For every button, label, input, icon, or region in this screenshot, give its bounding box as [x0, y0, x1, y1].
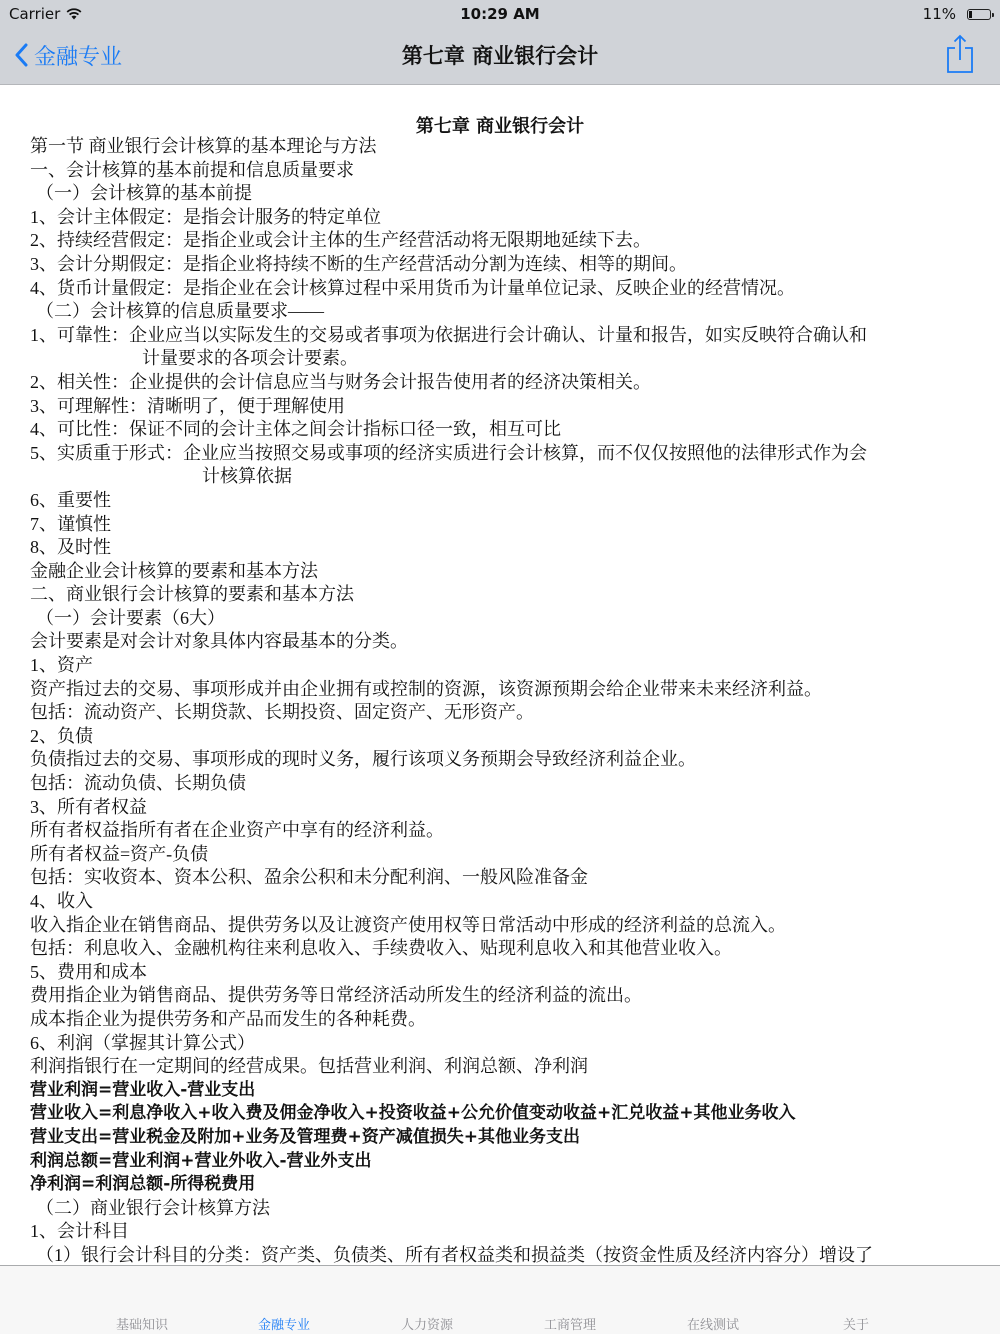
document-line: 营业收入=利息净收入+收入费及佣金净收入+投资收益+公允价值变动收益+汇兑收益+…	[30, 1102, 975, 1126]
document-line: 资产指过去的交易、事项形成并由企业拥有或控制的资源，该资源预期会给企业带来未来经…	[30, 678, 975, 702]
tab-finance[interactable]: 金融专业	[214, 1314, 354, 1333]
status-bar: Carrier 10:29 AM 11%	[0, 0, 1000, 28]
document-line: 1、会计科目	[30, 1220, 975, 1244]
document-line: 2、持续经营假定：是指企业或会计主体的生产经营活动将无限期地延续下去。	[30, 229, 975, 253]
document-line: 包括：实收资本、资本公积、盈余公积和未分配利润、一般风险准备金	[30, 866, 975, 890]
tab-business-management[interactable]: 工商管理	[500, 1314, 640, 1333]
document-line: 费用指企业为销售商品、提供劳务等日常经济活动所发生的经济利益的流出。	[30, 984, 975, 1008]
document-line: 3、可理解性：清晰明了，便于理解使用	[30, 395, 975, 419]
document-line: 6、重要性	[30, 489, 975, 513]
navigation-bar: 金融专业 第七章 商业银行会计	[0, 28, 1000, 84]
tab-online-test[interactable]: 在线测试	[643, 1314, 783, 1333]
document-line: 1、可靠性：企业应当以实际发生的交易或者事项为依据进行会计确认、计量和报告，如实…	[30, 324, 975, 348]
document-line: 1、会计主体假定：是指会计服务的特定单位	[30, 206, 975, 230]
document-line: 所有者权益=资产-负债	[30, 843, 975, 867]
document-line: 8、及时性	[30, 536, 975, 560]
clock: 10:29 AM	[0, 5, 1000, 23]
document-line: 7、谨慎性	[30, 513, 975, 537]
back-button[interactable]: 金融专业	[14, 38, 122, 72]
document-line: 一、会计核算的基本前提和信息质量要求	[30, 159, 975, 183]
tab-basic-knowledge[interactable]: 基础知识	[72, 1314, 212, 1333]
tab-bar: 基础知识金融专业人力资源工商管理在线测试关于	[0, 1265, 1000, 1334]
document-line: 第一节 商业银行会计核算的基本理论与方法	[30, 135, 975, 159]
battery-icon	[967, 9, 991, 20]
document-line: （1）银行会计科目的分类：资产类、负债类、所有者权益类和损益类（按资金性质及经济…	[30, 1244, 975, 1265]
document-line: （一）会计要素（6大）	[30, 607, 975, 631]
page-title: 第七章 商业银行会计	[0, 40, 1000, 70]
tab-about[interactable]: 关于	[786, 1314, 926, 1333]
document-line: 6、利润（掌握其计算公式）	[30, 1032, 975, 1056]
document-line: （二）会计核算的信息质量要求——	[30, 300, 975, 324]
back-label: 金融专业	[34, 40, 122, 71]
document-line: 2、负债	[30, 725, 975, 749]
document-line: 1、资产	[30, 654, 975, 678]
document-line: 3、会计分期假定：是指企业将持续不断的生产经营活动分割为连续、相等的期间。	[30, 253, 975, 277]
document-viewer[interactable]: 第七章 商业银行会计 第一节 商业银行会计核算的基本理论与方法一、会计核算的基本…	[0, 85, 1000, 1265]
share-button[interactable]	[944, 34, 976, 74]
chevron-left-icon	[14, 43, 28, 67]
document-line: 包括：流动资产、长期贷款、长期投资、固定资产、无形资产。	[30, 701, 975, 725]
battery-percent: 11%	[923, 5, 956, 23]
document-line: 包括：利息收入、金融机构往来利息收入、手续费收入、贴现利息收入和其他营业收入。	[30, 937, 975, 961]
document-line: 收入指企业在销售商品、提供劳务以及让渡资产使用权等日常活动中形成的经济利益的总流…	[30, 914, 975, 938]
document-line: 成本指企业为提供劳务和产品而发生的各种耗费。	[30, 1008, 975, 1032]
document-line: 利润总额=营业利润+营业外收入-营业外支出	[30, 1150, 975, 1174]
document-line: 二、商业银行会计核算的要素和基本方法	[30, 583, 975, 607]
document-line: 2、相关性：企业提供的会计信息应当与财务会计报告使用者的经济决策相关。	[30, 371, 975, 395]
document-line: 利润指银行在一定期间的经营成果。包括营业利润、利润总额、净利润	[30, 1055, 975, 1079]
document-line: 金融企业会计核算的要素和基本方法	[30, 560, 975, 584]
document-line: （二）商业银行会计核算方法	[30, 1197, 975, 1221]
top-bar: Carrier 10:29 AM 11% 金融专业 第七章 商业银行会计	[0, 0, 1000, 85]
document-line: 5、费用和成本	[30, 961, 975, 985]
document-line: 计核算依据	[30, 465, 975, 489]
document-line: 4、可比性：保证不同的会计主体之间会计指标口径一致，相互可比	[30, 418, 975, 442]
document-line: 所有者权益指所有者在企业资产中享有的经济利益。	[30, 819, 975, 843]
document-line: 4、收入	[30, 890, 975, 914]
document-line: 4、货币计量假定：是指企业在会计核算过程中采用货币为计量单位记录、反映企业的经营…	[30, 277, 975, 301]
document-line: 计量要求的各项会计要素。	[30, 347, 975, 371]
document-line: 3、所有者权益	[30, 796, 975, 820]
document-line: 会计要素是对会计对象具体内容最基本的分类。	[30, 630, 975, 654]
document-body: 第一节 商业银行会计核算的基本理论与方法一、会计核算的基本前提和信息质量要求（一…	[30, 135, 975, 1265]
document-line: 营业支出=营业税金及附加+业务及管理费+资产减值损失+其他业务支出	[30, 1126, 975, 1150]
document-line: 净利润=利润总额-所得税费用	[30, 1173, 975, 1197]
document-line: 包括：流动负债、长期负债	[30, 772, 975, 796]
tab-human-resources[interactable]: 人力资源	[357, 1314, 497, 1333]
document-line: 营业利润=营业收入-营业支出	[30, 1079, 975, 1103]
document-line: （一）会计核算的基本前提	[30, 182, 975, 206]
document-line: 5、实质重于形式：企业应当按照交易或事项的经济实质进行会计核算，而不仅仅按照他的…	[30, 442, 975, 466]
document-line: 负债指过去的交易、事项形成的现时义务，履行该项义务预期会导致经济利益企业。	[30, 748, 975, 772]
share-icon	[944, 34, 976, 74]
